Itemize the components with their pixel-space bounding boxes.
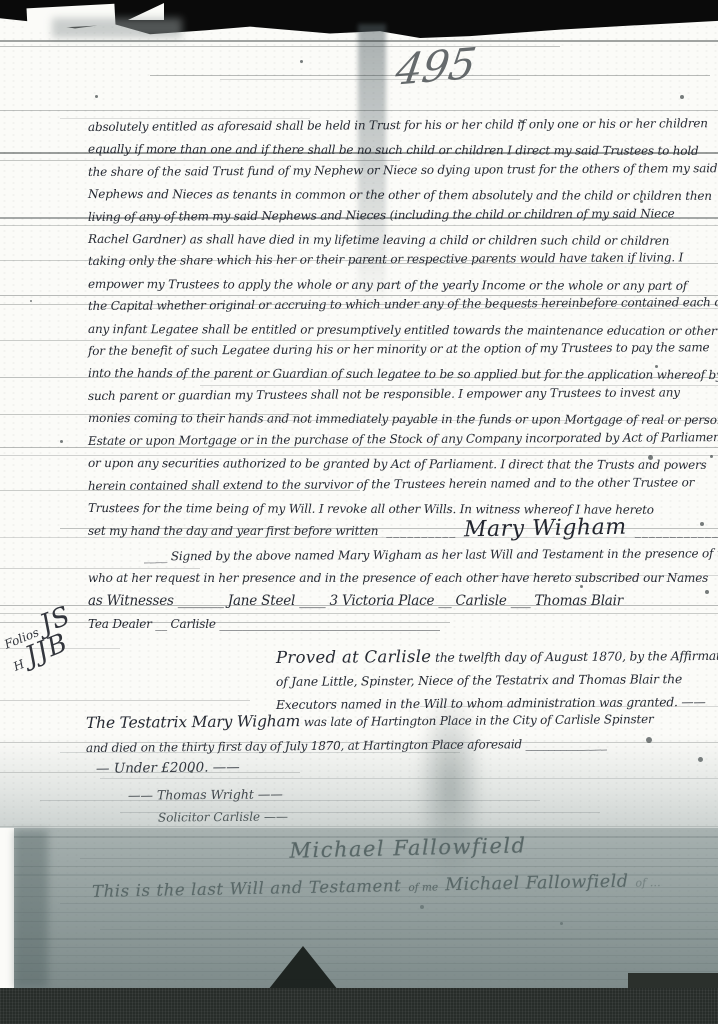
- margin-folio-note: Folios JS H JJB: [0, 583, 138, 676]
- signature-underline: ____________: [635, 524, 718, 538]
- signature-row-text: set my hand the day and year first befor…: [88, 524, 378, 538]
- will-text-line: the share of the said Trust fund of my N…: [88, 157, 708, 183]
- will-text-line: the Capital whether original or accruing…: [88, 291, 708, 317]
- will-text-line: for the benefit of such Legatee during h…: [88, 336, 708, 362]
- probate-lead: Proved at Carlisle: [276, 647, 431, 667]
- probate-line: of Jane Little, Spinster, Niece of the T…: [276, 668, 714, 694]
- scan-speck: [30, 300, 32, 302]
- scan-bottom-black-band: [0, 988, 718, 1024]
- scan-left-white-strip: [0, 828, 14, 988]
- scan-smudge: [52, 18, 182, 38]
- will-text-line: Estate or upon Mortgage or in the purcha…: [88, 426, 708, 452]
- scan-speck: [95, 95, 98, 98]
- scan-speck: [60, 440, 63, 443]
- scanned-will-page: 495 absolutely entitled as aforesaid sha…: [0, 0, 718, 1024]
- scan-bottom-wash-dark: [0, 828, 718, 988]
- will-text-block: absolutely entitled as aforesaid shall b…: [88, 116, 708, 519]
- will-text-line: living of any of them my said Nephews an…: [88, 202, 708, 228]
- probate-line: Proved at Carlisle the twelfth day of Au…: [276, 643, 714, 671]
- folio-page-number: 495: [392, 38, 479, 95]
- testatrix-line1-rest: was late of Hartington Place in the City…: [304, 712, 654, 729]
- attestation-line: Tea Dealer __ Carlisle _________________…: [88, 613, 714, 636]
- will-text-line: taking only the share which his her or t…: [88, 247, 708, 273]
- testatrix-lead: The Testatrix Mary Wigham: [86, 712, 300, 732]
- testatrix-signature-row: set my hand the day and year first befor…: [88, 516, 708, 541]
- scan-speck: [300, 60, 303, 63]
- scan-speck: [680, 95, 684, 99]
- will-text-line: herein contained shall extend to the sur…: [88, 471, 708, 497]
- signature-underline: __________: [386, 524, 456, 538]
- testatrix-signature: Mary Wigham: [464, 515, 627, 543]
- scan-left-dark-column: [14, 830, 48, 988]
- scan-streak: [0, 700, 250, 701]
- margin-note-initial-mid: H: [11, 657, 26, 674]
- will-text-line: absolutely entitled as aforesaid shall b…: [88, 112, 708, 138]
- attestation-line: as Witnesses _______ Jane Steel ____ 3 V…: [88, 590, 714, 613]
- scan-speck: [710, 455, 713, 458]
- will-text-line: such parent or guardian my Trustees shal…: [88, 381, 708, 407]
- attestation-line: who at her request in her presence and i…: [88, 567, 714, 590]
- attestation-line: ____ Signed by the above named Mary Wigh…: [88, 542, 714, 568]
- probate-line1-rest: the twelfth day of August 1870, by the A…: [435, 649, 718, 665]
- attestation-block: ____ Signed by the above named Mary Wigh…: [88, 544, 714, 636]
